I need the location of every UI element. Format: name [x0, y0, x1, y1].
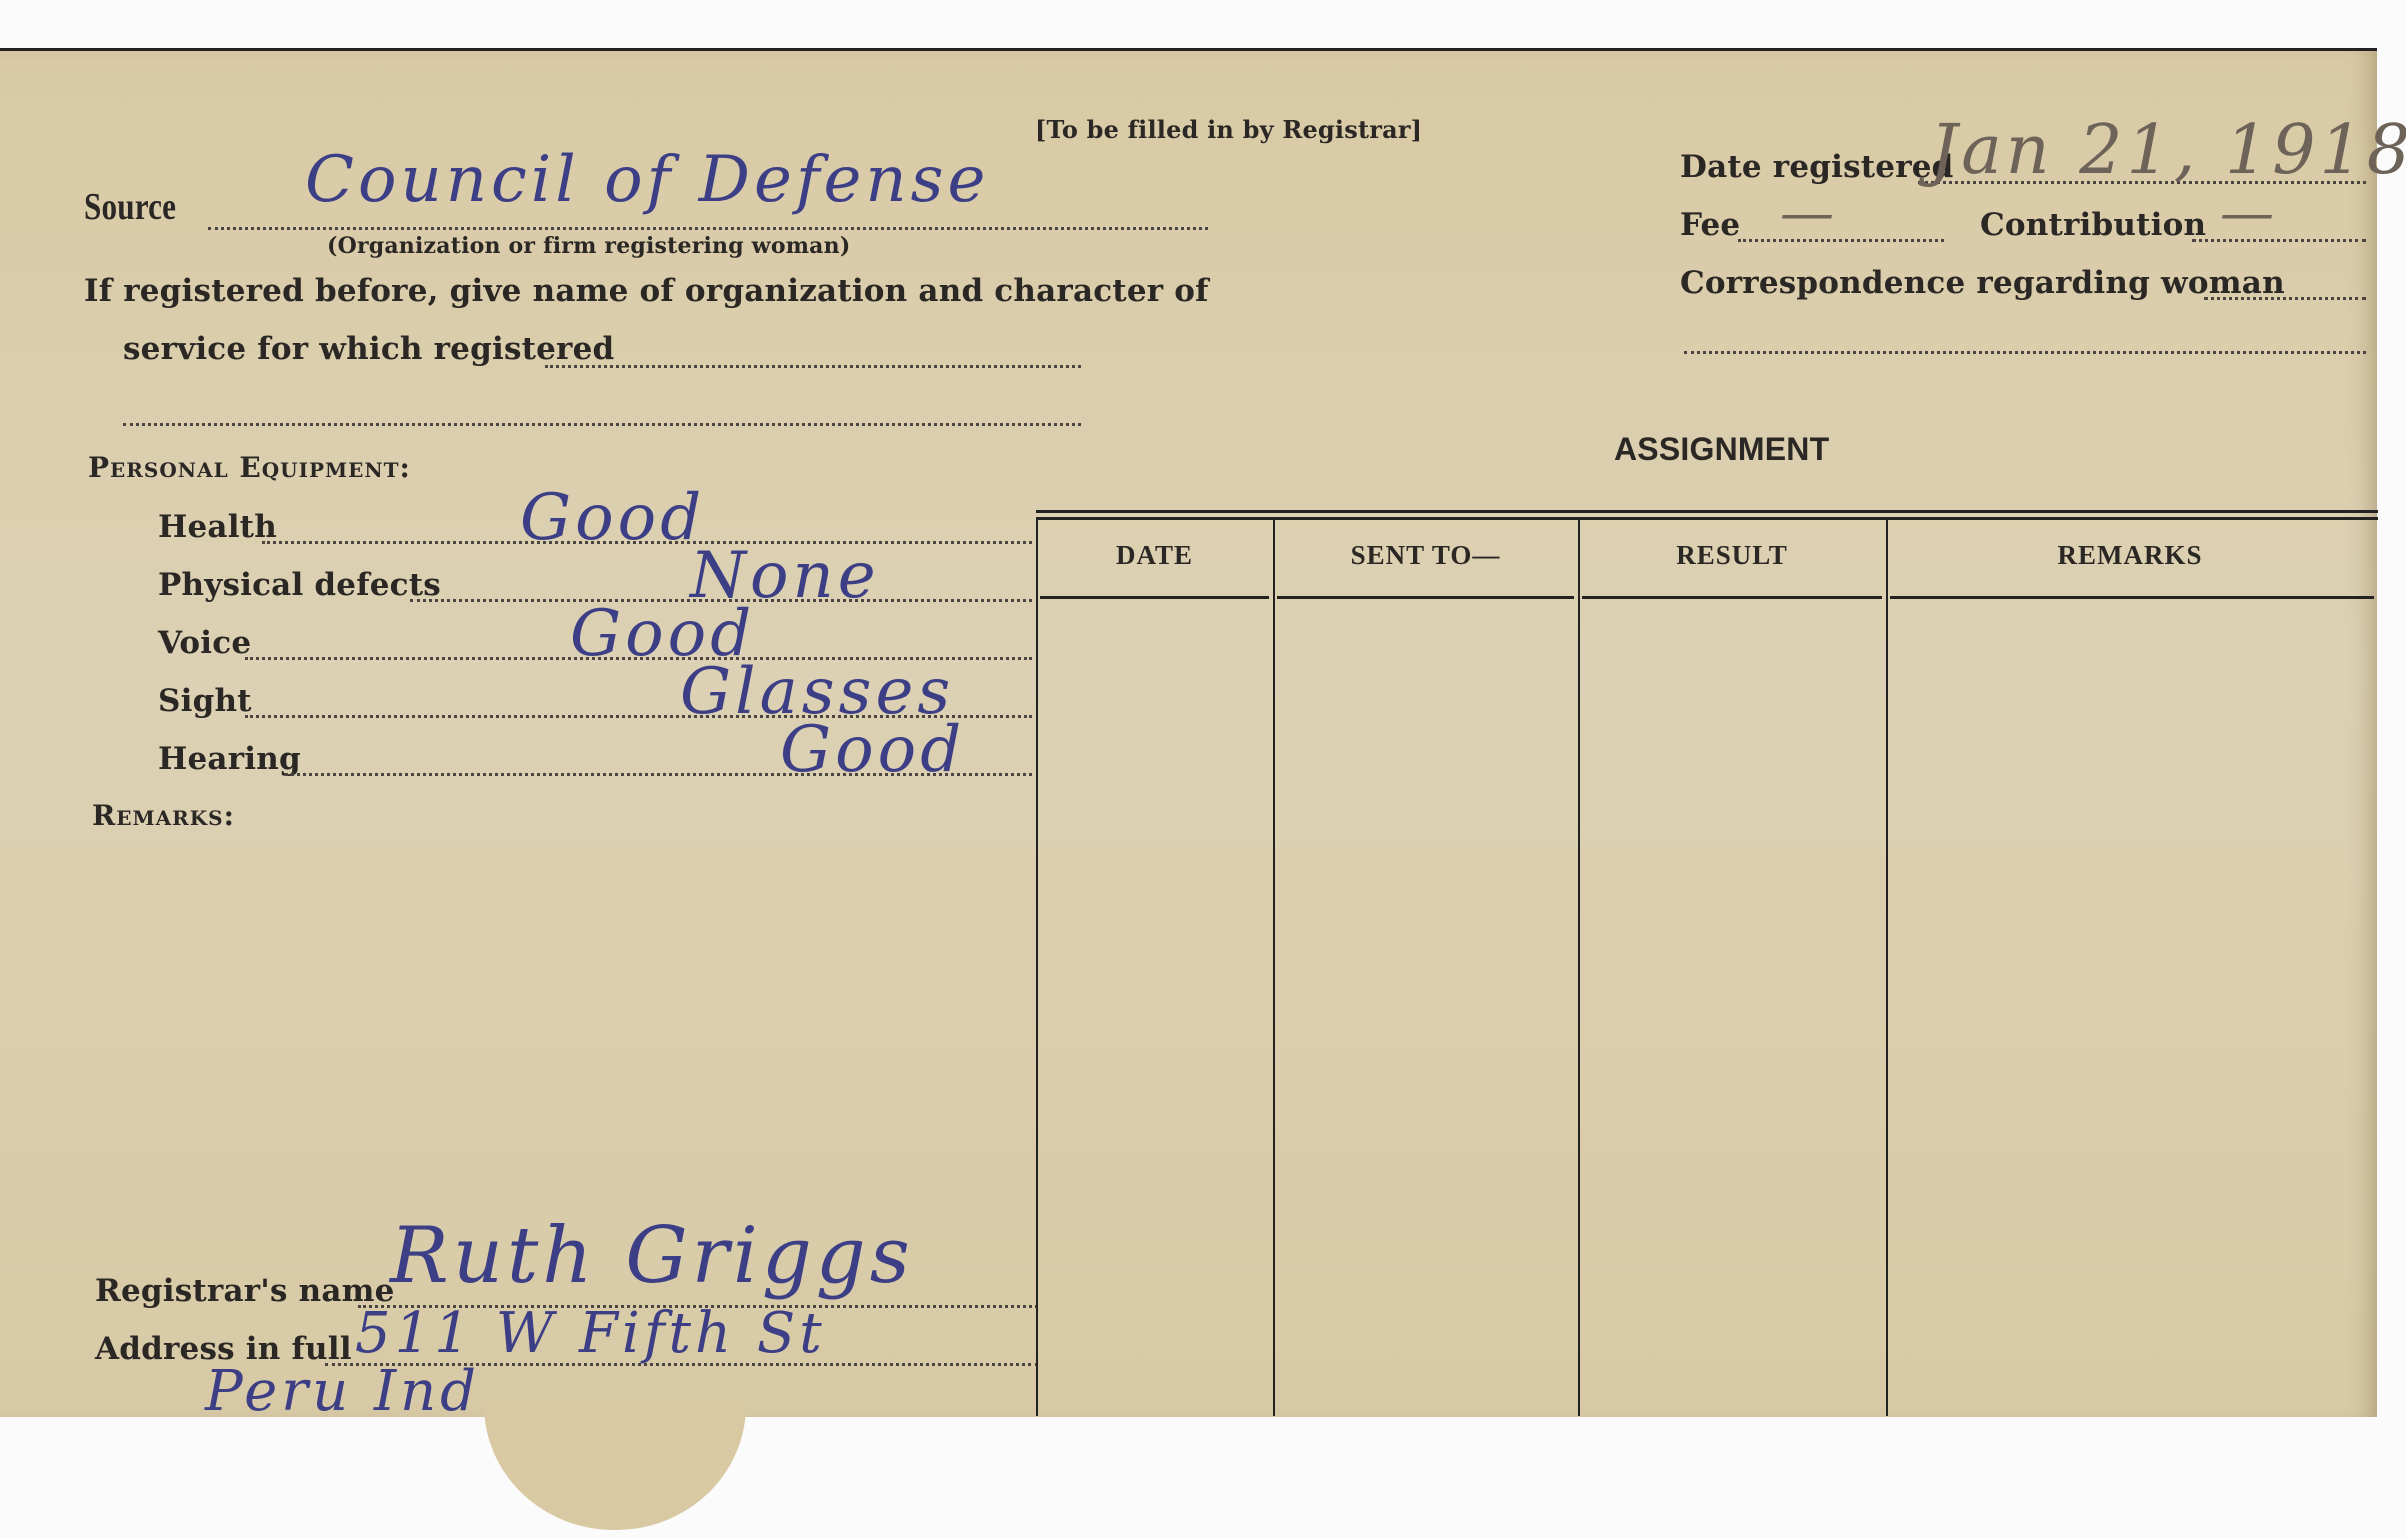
fee-line: [1738, 239, 1944, 242]
column-header-result: RESULT: [1578, 540, 1886, 571]
fee-label: Fee: [1680, 207, 1740, 243]
column-header-sent-to: SENT TO—: [1273, 540, 1578, 571]
header-rule: [1582, 596, 1882, 599]
registration-card: [To be filled in by Registrar] Source Co…: [0, 48, 2377, 1417]
health-value[interactable]: Good: [520, 481, 705, 555]
address-value-line2[interactable]: Peru Ind: [205, 1359, 480, 1424]
prior-registration-prompt-2: service for which registered: [123, 331, 614, 367]
contribution-label: Contribution: [1980, 207, 2206, 243]
hearing-label: Hearing: [158, 741, 301, 777]
column-divider: [1578, 518, 1580, 1416]
card-index-tab: [484, 1400, 746, 1530]
table-top-rule-2: [1036, 517, 2378, 520]
column-divider: [1273, 518, 1275, 1416]
physical-defects-label: Physical defects: [158, 567, 441, 603]
source-value[interactable]: Council of Defense: [305, 143, 989, 217]
prior-registration-line-2[interactable]: [123, 423, 1081, 426]
header-rule: [1277, 596, 1574, 599]
remarks-label: Remarks:: [92, 799, 235, 832]
column-header-date: DATE: [1036, 540, 1273, 571]
personal-equipment-label: Personal Equipment:: [88, 451, 411, 484]
voice-label: Voice: [158, 625, 251, 661]
column-divider: [1036, 518, 1038, 1416]
address-value-line1[interactable]: 511 W Fifth St: [355, 1301, 826, 1366]
registrar-name-value[interactable]: Ruth Griggs: [390, 1211, 914, 1301]
contribution-value[interactable]: —: [2220, 181, 2278, 244]
assignment-title: ASSIGNMENT: [1614, 431, 1829, 468]
source-hint: (Organization or firm registering woman): [327, 233, 850, 259]
correspondence-line-2[interactable]: [1684, 351, 2366, 354]
assignment-table: DATE SENT TO— RESULT REMARKS: [1036, 510, 2370, 1416]
registrar-name-label: Registrar's name: [95, 1273, 395, 1309]
table-top-rule: [1036, 510, 2378, 513]
column-divider: [1886, 518, 1888, 1416]
sight-label: Sight: [158, 683, 252, 719]
contribution-line: [2192, 239, 2366, 242]
correspondence-label: Correspondence regarding woman: [1680, 265, 2285, 301]
source-label: Source: [84, 185, 176, 229]
hearing-value[interactable]: Good: [780, 713, 965, 787]
prior-registration-line[interactable]: [545, 365, 1081, 368]
header-rule: [1890, 596, 2374, 599]
source-line: [208, 227, 1208, 230]
prior-registration-prompt: If registered before, give name of organ…: [84, 273, 1209, 309]
date-registered-label: Date registered: [1680, 149, 1954, 185]
registrar-note: [To be filled in by Registrar]: [1035, 115, 1422, 144]
health-label: Health: [158, 509, 277, 545]
column-header-remarks: REMARKS: [1886, 540, 2374, 571]
header-rule: [1040, 596, 1269, 599]
fee-value[interactable]: —: [1780, 181, 1838, 244]
date-registered-value[interactable]: Jan 21, 1918: [1930, 111, 2406, 190]
correspondence-line[interactable]: [2204, 297, 2366, 300]
